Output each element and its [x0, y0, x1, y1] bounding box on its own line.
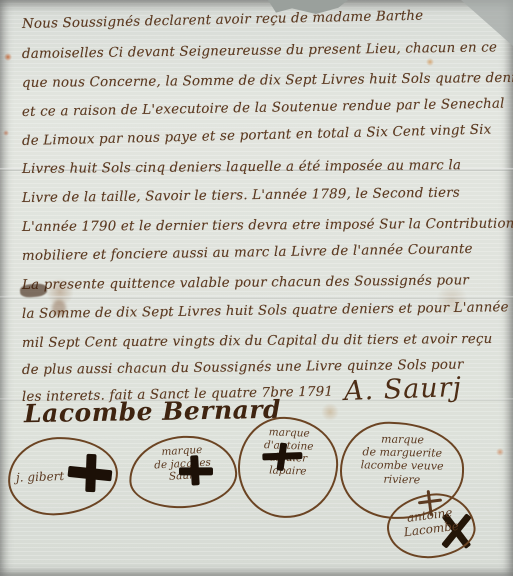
paper-crease: [0, 296, 513, 299]
signature-lacombe-bernard: Lacombe Bernard: [24, 397, 281, 426]
mark-label: riviere: [342, 472, 462, 487]
manuscript-line: L'année 1790 et le dernier tiers devra e…: [22, 218, 513, 235]
manuscript-scan: Nous Soussignés declarent avoir reçu de …: [0, 0, 513, 576]
mark-label: lapaire: [240, 463, 336, 479]
mark-label: j. gibert: [16, 469, 65, 485]
mark-label: lacombe veuve: [342, 458, 462, 473]
signature-a-saurj: A. Saurj: [344, 374, 463, 405]
ink-stain: [52, 300, 66, 316]
